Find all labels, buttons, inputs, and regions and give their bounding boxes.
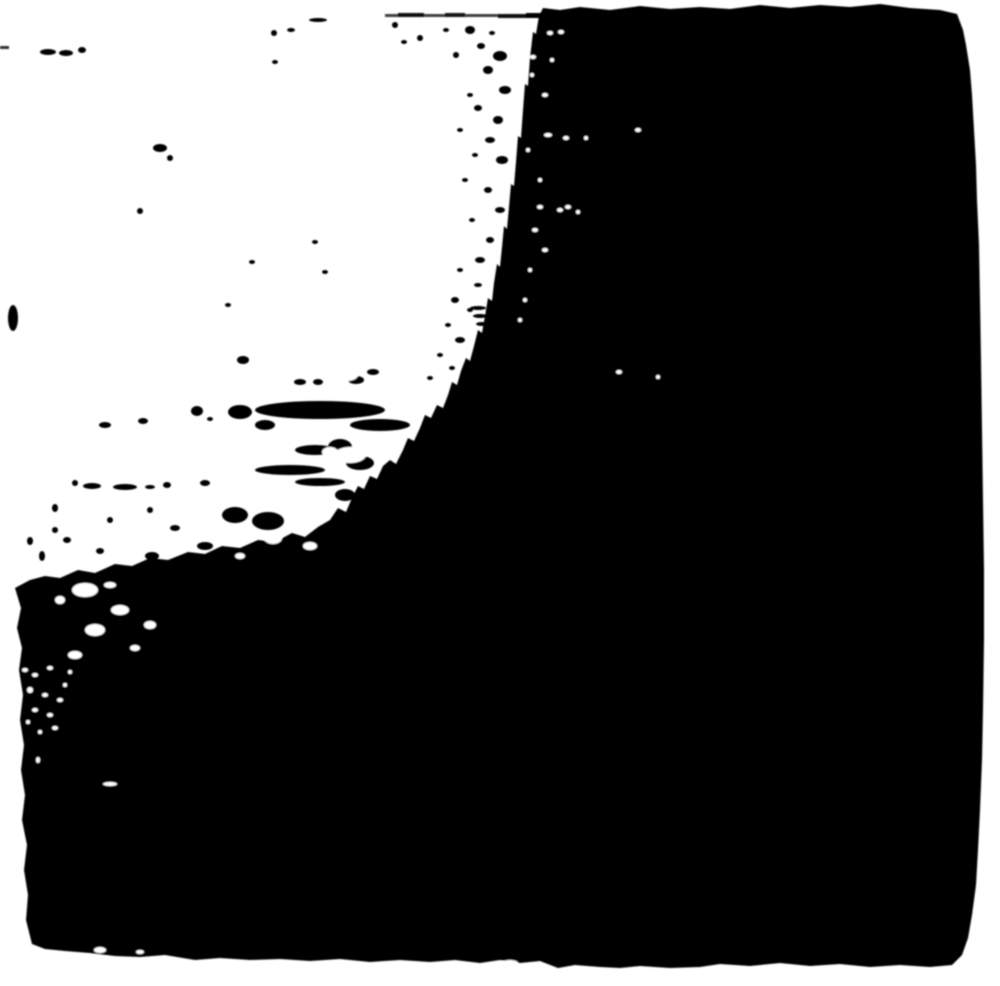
- white-speck: [52, 726, 58, 730]
- black-speck: [222, 507, 248, 523]
- black-speck: [486, 237, 494, 243]
- white-speck: [130, 645, 140, 651]
- black-speck: [417, 35, 423, 41]
- black-speck: [358, 498, 382, 512]
- white-speck: [563, 136, 569, 140]
- black-speck: [484, 187, 492, 193]
- black-speck: [78, 47, 86, 53]
- black-speck: [467, 93, 473, 97]
- black-speck: [477, 43, 485, 49]
- white-speck: [526, 148, 530, 152]
- white-speck: [523, 298, 527, 302]
- white-speck: [57, 698, 63, 702]
- black-speck: [207, 417, 213, 421]
- white-speck: [27, 687, 33, 693]
- black-speck: [39, 551, 45, 561]
- white-speck: [144, 621, 156, 629]
- white-speck: [303, 542, 317, 550]
- black-speck: [335, 489, 355, 501]
- white-speck: [94, 947, 106, 953]
- white-speck: [136, 950, 144, 954]
- black-speck: [392, 22, 398, 28]
- black-speck: [284, 536, 302, 546]
- white-speck: [42, 693, 48, 697]
- black-speck: [462, 178, 468, 182]
- white-speck: [532, 228, 538, 232]
- white-speck: [656, 375, 660, 379]
- white-speck: [47, 666, 53, 670]
- black-speck: [496, 156, 508, 164]
- black-speck: [455, 337, 465, 343]
- black-speck: [271, 30, 277, 36]
- black-speck: [451, 297, 459, 303]
- white-speck: [542, 93, 548, 97]
- black-speck: [309, 18, 327, 22]
- white-speck: [36, 757, 40, 763]
- black-speck: [272, 60, 278, 64]
- white-speck: [55, 596, 65, 604]
- black-speck: [113, 484, 137, 490]
- black-speck: [474, 105, 482, 111]
- screenshot-root: [0, 0, 1000, 986]
- white-speck: [537, 205, 543, 209]
- black-speck: [312, 240, 318, 244]
- black-speck: [52, 527, 58, 533]
- black-speck: [483, 66, 493, 74]
- black-speck: [443, 28, 449, 32]
- white-speck: [544, 133, 552, 137]
- white-speck: [235, 553, 245, 559]
- black-speck: [237, 356, 249, 364]
- white-speck: [542, 248, 548, 252]
- black-speck: [294, 379, 306, 385]
- black-speck: [457, 128, 463, 132]
- white-speck: [72, 583, 98, 597]
- black-speck: [40, 49, 56, 55]
- black-speck: [99, 422, 111, 428]
- white-speck: [32, 673, 38, 677]
- black-speck: [287, 28, 295, 32]
- white-speck: [502, 960, 518, 966]
- white-speck: [530, 55, 536, 59]
- black-speck: [249, 260, 255, 264]
- black-speck: [170, 525, 180, 531]
- black-speck: [145, 485, 155, 489]
- white-speck: [336, 369, 358, 381]
- black-speck: [470, 306, 486, 310]
- black-speck: [445, 323, 451, 327]
- white-speck: [104, 582, 116, 588]
- black-speck: [225, 303, 231, 307]
- white-speck: [530, 73, 534, 77]
- black-speck: [197, 542, 213, 550]
- binary-threshold-image: [0, 0, 1000, 986]
- white-speck: [558, 30, 564, 34]
- white-speck: [616, 370, 622, 374]
- black-speck: [295, 478, 345, 486]
- black-speck: [350, 419, 410, 431]
- black-speck: [385, 482, 415, 498]
- black-speck: [427, 376, 433, 380]
- black-speck: [469, 218, 475, 222]
- black-speck: [252, 512, 284, 530]
- black-speck: [59, 50, 73, 56]
- white-speck: [85, 624, 105, 636]
- white-speck: [576, 210, 580, 214]
- white-speck: [528, 268, 532, 272]
- black-speck: [137, 208, 143, 214]
- black-speck: [145, 552, 159, 560]
- black-speck: [408, 462, 432, 478]
- white-speck: [334, 447, 366, 463]
- black-speck: [255, 465, 325, 475]
- black-speck: [52, 504, 58, 512]
- black-speck: [367, 369, 379, 375]
- gray-streak: [398, 13, 424, 17]
- black-speck: [493, 116, 503, 124]
- black-speck: [473, 314, 487, 318]
- black-speck: [96, 548, 104, 554]
- white-speck: [47, 713, 53, 717]
- black-speck: [401, 40, 407, 44]
- white-speck: [22, 668, 28, 672]
- black-speck: [228, 405, 252, 419]
- black-speck: [495, 207, 505, 213]
- black-speck: [200, 480, 210, 486]
- white-speck: [550, 58, 554, 62]
- white-speck: [63, 683, 67, 687]
- white-speck: [557, 208, 563, 212]
- black-speck: [27, 537, 33, 545]
- black-speck: [138, 418, 148, 424]
- black-speck: [153, 144, 167, 152]
- white-speck: [547, 31, 553, 35]
- gray-streak: [498, 14, 528, 18]
- black-speck: [147, 507, 153, 513]
- white-speck: [538, 178, 542, 182]
- black-speck: [489, 31, 495, 35]
- black-speck: [476, 322, 488, 326]
- black-speck: [313, 379, 323, 385]
- black-speck: [475, 257, 485, 263]
- black-speck: [465, 26, 475, 34]
- black-speck: [499, 86, 511, 94]
- black-speck: [191, 406, 203, 416]
- white-speck: [111, 605, 129, 615]
- black-speck: [457, 268, 463, 272]
- black-speck: [167, 155, 173, 161]
- black-speck: [430, 443, 450, 457]
- white-speck: [26, 720, 30, 724]
- black-speck: [107, 517, 113, 523]
- black-speck: [83, 483, 101, 489]
- white-speck: [68, 670, 72, 674]
- black-speck: [255, 401, 385, 419]
- black-speck: [255, 420, 275, 430]
- black-speck: [472, 153, 478, 157]
- white-speck: [518, 318, 522, 322]
- black-speck: [485, 137, 495, 143]
- white-speck: [38, 730, 42, 734]
- white-speck: [322, 447, 338, 457]
- white-speck: [635, 128, 641, 132]
- black-speck: [63, 537, 71, 543]
- black-speck: [474, 283, 482, 287]
- white-speck: [584, 136, 588, 140]
- gray-streak: [445, 13, 465, 17]
- black-speck: [163, 482, 171, 488]
- white-speck: [357, 385, 369, 393]
- black-speck: [322, 270, 328, 274]
- black-speck: [493, 51, 507, 61]
- black-speck: [449, 366, 455, 370]
- white-speck: [264, 532, 282, 544]
- gray-streak: [0, 46, 9, 49]
- black-speck: [437, 353, 443, 357]
- white-speck: [32, 708, 38, 712]
- black-speck: [8, 305, 18, 331]
- black-speck: [453, 52, 459, 58]
- black-speck: [72, 480, 78, 486]
- white-speck: [103, 782, 117, 786]
- white-speck: [565, 205, 571, 209]
- white-speck: [68, 651, 82, 659]
